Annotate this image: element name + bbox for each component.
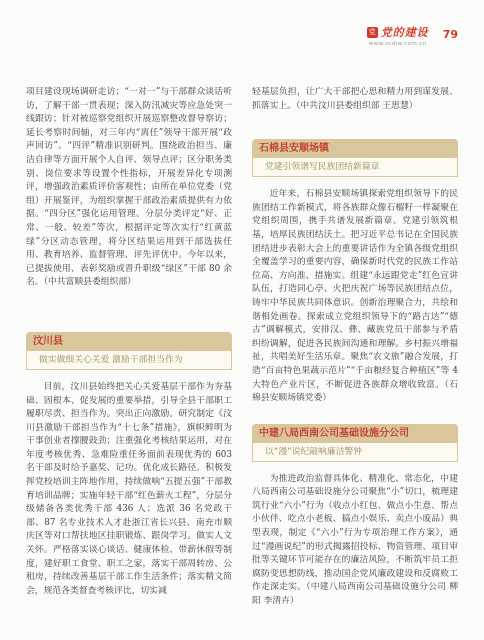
section-header-shimian: 石棉县安顺场镇 党建引领谱写民族团结新篇章 [252,139,458,177]
right-continuation-paragraph: 轻基层负担，让广大干部把心思和精力用到谋发展、抓落实上。（中共汶川县委组织部 王… [252,86,458,113]
page-number: 79 [443,28,458,41]
left-continuation-paragraph: 项目建设现场调研走访；“一对一”与干部群众谈话听访，了解干部一贯表现；深入防汛减… [26,86,232,290]
section-title: 中建八局西南公司基础设施分公司 [252,424,458,443]
section-subtitle: 做实做细关心关爱 激励干部担当作为 [26,351,232,370]
section-header-wenchuan: 汶川县 做实做细关心关爱 激励干部担当作为 [26,332,232,370]
journal-logo: 党 党的建设 www.scdjw.com.cn [367,24,429,47]
shimian-body-paragraph: 近年来，石棉县安顺场镇探索党组织领导下的民族团结工作新模式，将各族群众像石榴籽一… [252,188,458,406]
journal-url: www.scdjw.com.cn [369,41,427,47]
journal-title: 党的建设 [381,24,429,40]
section-header-zhongjian: 中建八局西南公司基础设施分公司 以“漫”说纪敲响廉洁警钟 [252,424,458,462]
zhongjian-body-paragraph: 为推进政治监督具体化、精准化、常态化，中建八局西南公司基础设施分公司聚焦“小”切… [252,473,458,609]
content-columns: 项目建设现场调研走访；“一对一”与干部群众谈话听访，了解干部一贯表现；深入防汛减… [26,86,458,609]
page-header: 党 党的建设 www.scdjw.com.cn 79 [26,24,458,58]
right-column: 轻基层负担，让广大干部把心思和精力用到谋发展、抓落实上。（中共汶川县委组织部 王… [252,86,458,609]
wenchuan-body-paragraph: 目前，汶川县始终把关心关爱基层干部作为夯基础、固根本、促发展的重要举措，引导全县… [26,381,232,599]
section-title: 汶川县 [26,332,232,351]
magazine-page: 党 党的建设 www.scdjw.com.cn 79 项目建设现场调研走访；“一… [0,0,484,640]
section-title: 石棉县安顺场镇 [252,139,458,158]
seal-icon: 党 [367,27,378,38]
section-subtitle: 以“漫”说纪敲响廉洁警钟 [252,443,458,462]
section-subtitle: 党建引领谱写民族团结新篇章 [252,158,458,177]
left-column: 项目建设现场调研走访；“一对一”与干部群众谈话听访，了解干部一贯表现；深入防汛减… [26,86,232,609]
